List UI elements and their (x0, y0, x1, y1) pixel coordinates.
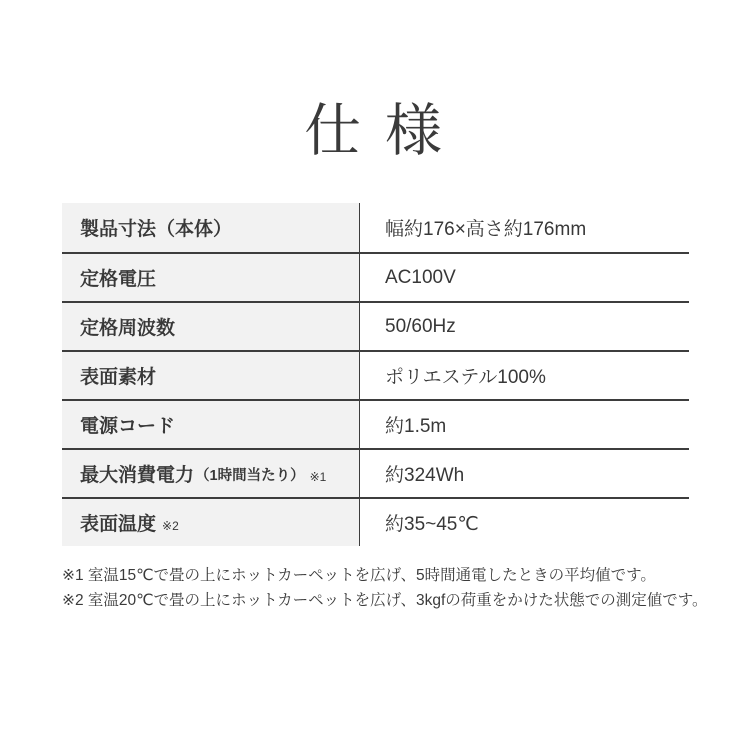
spec-value: ポリエステル100% (360, 352, 689, 399)
spec-row-dimensions: 製品寸法（本体） 幅約176×高さ約176mm (62, 203, 689, 252)
spec-label-cell: 製品寸法（本体） (62, 203, 360, 252)
spec-label-cell: 表面温度 ※2 (62, 499, 360, 546)
spec-label: 表面温度 (80, 509, 156, 536)
spec-label-cell: 最大消費電力 （1時間当たり） ※1 (62, 450, 360, 497)
spec-value: 約35~45℃ (360, 499, 689, 546)
spec-value: 約324Wh (360, 450, 689, 497)
spec-value: 約1.5m (360, 401, 689, 448)
spec-row-power-cord: 電源コード 約1.5m (62, 399, 689, 448)
spec-value: 幅約176×高さ約176mm (360, 203, 689, 252)
spec-value: 50/60Hz (360, 303, 689, 350)
spec-label-cell: 表面素材 (62, 352, 360, 399)
spec-label-cell: 定格周波数 (62, 303, 360, 350)
spec-label: 電源コード (80, 411, 175, 438)
footnote-1: ※1 室温15℃で畳の上にホットカーペットを広げ、5時間通電したときの平均値です… (62, 564, 722, 589)
page-title: 仕 様 (0, 100, 750, 163)
spec-label-cell: 電源コード (62, 401, 360, 448)
spec-label-note: （1時間当たり） (195, 464, 305, 485)
spec-table: 製品寸法（本体） 幅約176×高さ約176mm 定格電圧 AC100V 定格周波… (62, 203, 689, 546)
spec-row-rated-frequency: 定格周波数 50/60Hz (62, 301, 689, 350)
spec-value: AC100V (360, 254, 689, 301)
spec-row-surface-material: 表面素材 ポリエステル100% (62, 350, 689, 399)
spec-label-ref: ※2 (162, 519, 179, 533)
spec-label: 定格周波数 (80, 313, 175, 340)
spec-row-surface-temperature: 表面温度 ※2 約35~45℃ (62, 497, 689, 546)
spec-label: 最大消費電力 (80, 460, 194, 487)
spec-label-cell: 定格電圧 (62, 254, 360, 301)
spec-label-ref: ※1 (310, 470, 327, 484)
footnotes: ※1 室温15℃で畳の上にホットカーペットを広げ、5時間通電したときの平均値です… (62, 564, 722, 613)
footnote-2: ※2 室温20℃で畳の上にホットカーペットを広げ、3kgfの荷重をかけた状態での… (62, 589, 722, 614)
spec-label: 定格電圧 (80, 264, 156, 291)
spec-label: 表面素材 (80, 362, 156, 389)
spec-label: 製品寸法（本体） (80, 214, 232, 241)
spec-row-rated-voltage: 定格電圧 AC100V (62, 252, 689, 301)
spec-row-max-power-consumption: 最大消費電力 （1時間当たり） ※1 約324Wh (62, 448, 689, 497)
